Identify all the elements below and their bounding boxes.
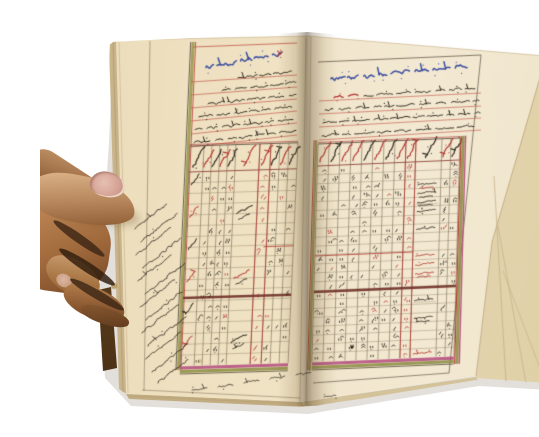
open-book — [40, 16, 539, 421]
manuscript-photo: Photograph of a hand holding an open ant… — [40, 16, 539, 421]
middle-fingernail — [54, 271, 74, 290]
middle-fingertip — [40, 247, 107, 307]
manuscript-ink-canvas — [40, 16, 539, 421]
photo-description: Photograph of a hand holding an open ant… — [40, 16, 41, 17]
